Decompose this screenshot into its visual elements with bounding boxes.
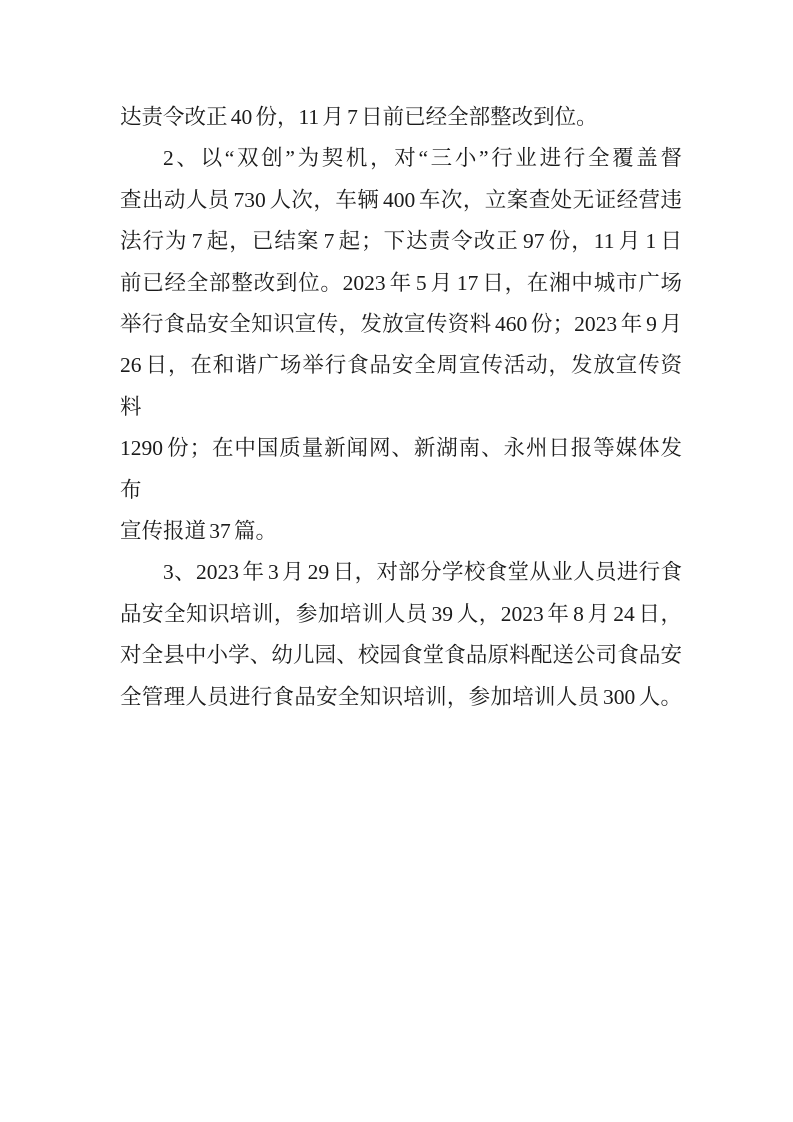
text-line: 3、2023 年 3 月 29 日，对部分学校食堂从业人员进行食	[120, 552, 682, 593]
text-line: 对全县中小学、幼儿园、校园食堂食品原料配送公司食品安	[120, 635, 682, 676]
text-line: 前已经全部整改到位。2023 年 5 月 17 日，在湘中城市广场	[120, 263, 682, 304]
text-line: 宣传报道 37 篇。	[120, 511, 682, 552]
text-line: 举行食品安全知识宣传，发放宣传资料 460 份；2023 年 9 月	[120, 304, 682, 345]
document-body: 达责令改正 40 份，11 月 7 日前已经全部整改到位。2、以“双创”为契机，…	[120, 97, 682, 718]
text-line: 法行为 7 起，已结案 7 起；下达责令改正 97 份，11 月 1 日	[120, 221, 682, 262]
text-line: 达责令改正 40 份，11 月 7 日前已经全部整改到位。	[120, 97, 682, 138]
text-line: 品安全知识培训，参加培训人员 39 人，2023 年 8 月 24 日，	[120, 594, 682, 635]
text-line: 查出动人员 730 人次，车辆 400 车次，立案查处无证经营违	[120, 180, 682, 221]
text-line: 26 日，在和谐广场举行食品安全周宣传活动，发放宣传资料	[120, 345, 682, 428]
text-line: 全管理人员进行食品安全知识培训，参加培训人员 300 人。	[120, 677, 682, 718]
document-page: 达责令改正 40 份，11 月 7 日前已经全部整改到位。2、以“双创”为契机，…	[0, 0, 793, 1122]
text-line: 1290 份；在中国质量新闻网、新湖南、永州日报等媒体发布	[120, 428, 682, 511]
text-line: 2、以“双创”为契机，对“三小”行业进行全覆盖督	[120, 138, 682, 179]
